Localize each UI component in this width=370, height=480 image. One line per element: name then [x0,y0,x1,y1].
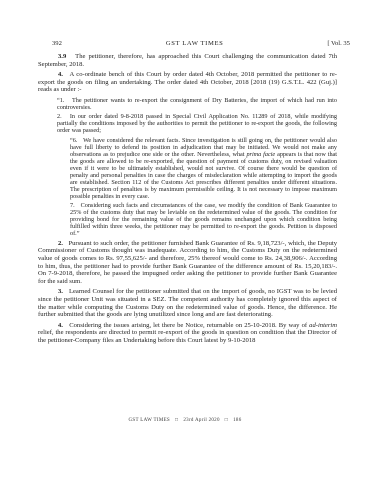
square-separator-icon: □ [175,418,178,424]
page-footer: GST LAW TIMES □ 23rd April 2020 □ 186 [0,418,370,424]
quoted-paragraph-7: 7. Considering such facts and circumstan… [70,202,337,237]
quoted-paragraph-2: 2. In our order dated 9-8-2018 passed in… [57,113,337,134]
paragraph-4b: 4. Considering the issues arising, let t… [38,322,337,345]
document-page: 392 GST LAW TIMES [ Vol. 35 3.9 The peti… [0,0,370,480]
paragraph-3-9: 3.9 The petitioner, therefore, has appro… [38,53,337,68]
running-header: 392 GST LAW TIMES [ Vol. 35 [0,0,370,48]
footer-print-date: 23rd April 2020 [183,418,219,424]
paragraph-4: 4. A co-ordinate bench of this Court by … [38,71,337,94]
footer-journal-name: GST LAW TIMES [128,418,170,424]
paragraph-2: 2. Pursuant to such order, the petitione… [38,240,337,286]
judgment-text: 3.9 The petitioner, therefore, has appro… [0,48,370,345]
volume-label: [ Vol. 35 [327,40,350,48]
footer-sheet-number: 186 [233,418,241,424]
quoted-paragraph-1: “1. The petitioner wants to re-export th… [57,97,337,111]
journal-title: GST LAW TIMES [166,40,223,48]
paragraph-3: 3. Learned Counsel for the petitioner su… [38,288,337,319]
square-separator-icon: □ [225,418,228,424]
page-number: 392 [52,40,62,48]
quoted-paragraph-6: “6. We have considered the relevant fact… [70,137,337,200]
